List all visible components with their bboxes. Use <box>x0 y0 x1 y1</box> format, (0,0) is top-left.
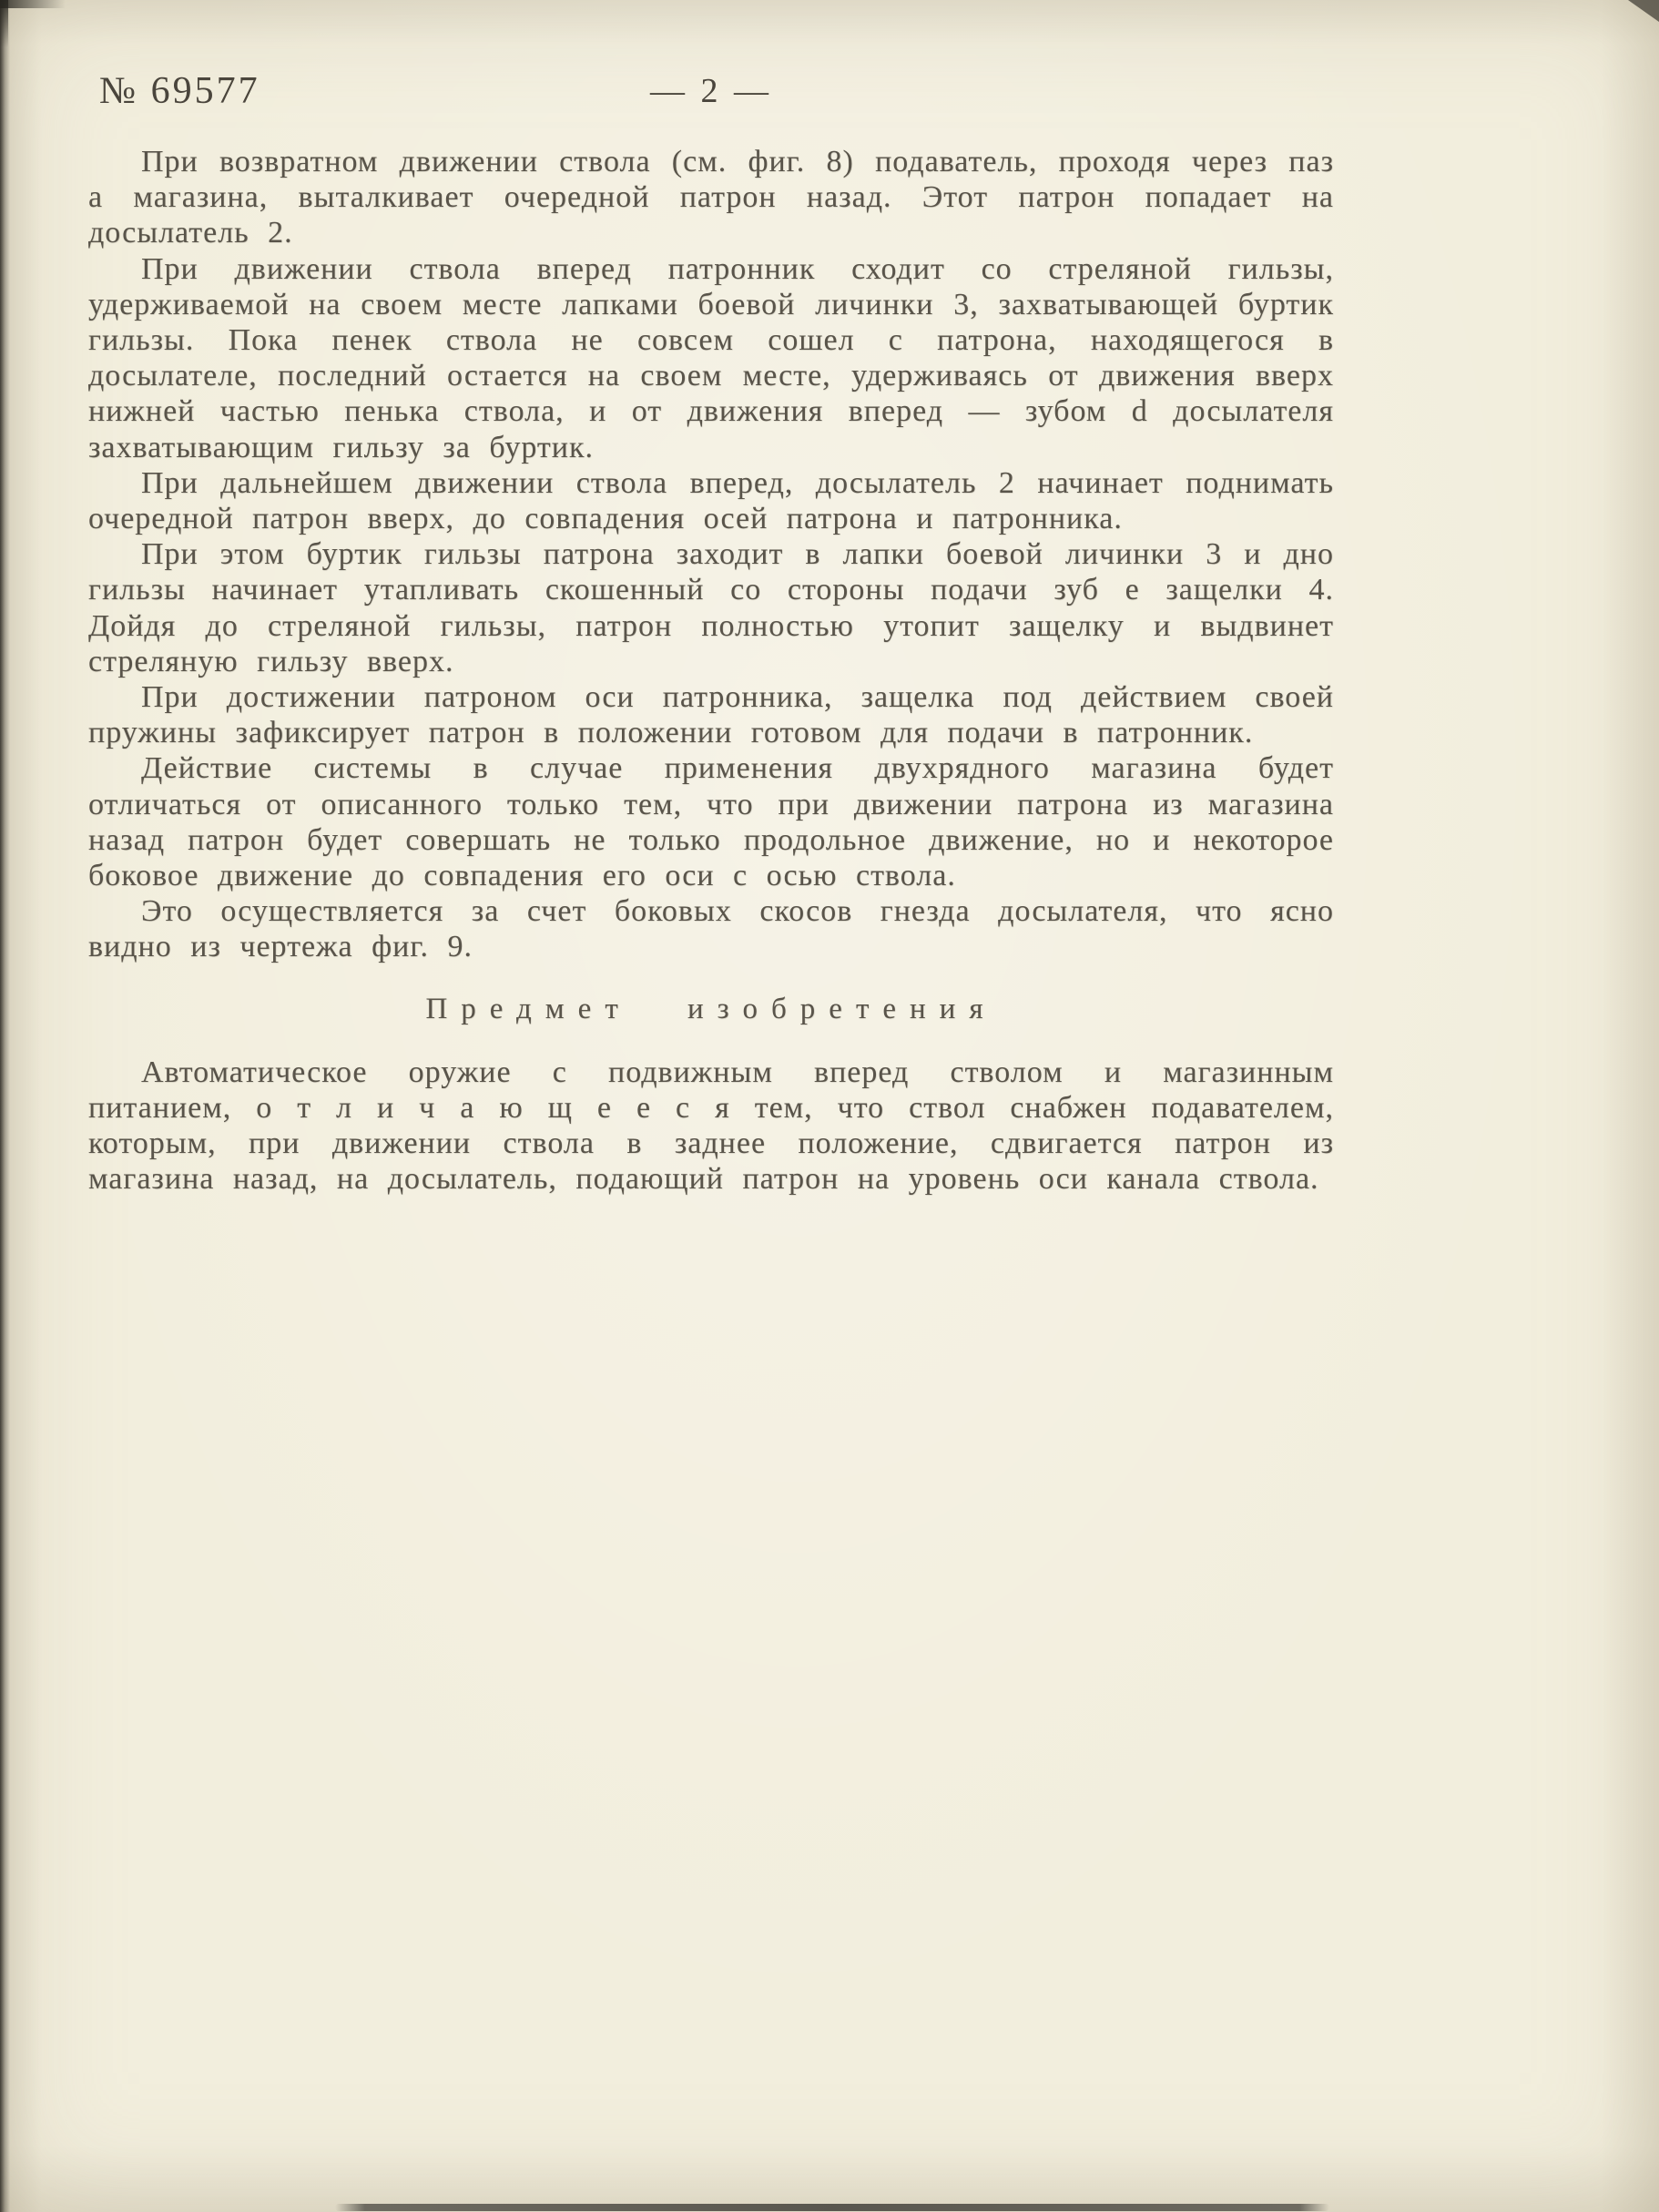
scan-edge-bottom <box>335 2204 1329 2211</box>
section-heading: Предмет изобретения <box>88 993 1334 1026</box>
claim-paragraph: Автоматическое оружие с подвижным вперед… <box>88 1055 1334 1198</box>
paragraph: При движении ствола вперед патронник схо… <box>88 251 1334 465</box>
paragraph: Это осуществляется за счет боковых скосо… <box>88 893 1334 964</box>
paragraph: При возвратном движении ствола (см. фиг.… <box>88 144 1334 251</box>
page-number: — 2 — <box>650 71 772 111</box>
page-header: № 69577 — 2 — <box>88 69 1334 120</box>
patent-number: № 69577 <box>99 69 260 113</box>
scanned-page: № 69577 — 2 — При возвратном движении ст… <box>0 0 1659 2212</box>
scan-corner-top-left <box>0 0 66 8</box>
document-body: При возвратном движении ствола (см. фиг.… <box>88 144 1334 1197</box>
scan-corner-top-left-side <box>0 0 8 47</box>
scan-edge-left <box>0 0 10 2212</box>
scan-corner-top-right <box>1628 0 1659 22</box>
paragraph: При достижении патроном оси патронника, … <box>88 679 1334 750</box>
paragraph: При этом буртик гильзы патрона заходит в… <box>88 536 1334 679</box>
paragraph: Действие системы в случае применения дву… <box>88 750 1334 893</box>
paragraph: При дальнейшем движении ствола вперед, д… <box>88 465 1334 536</box>
